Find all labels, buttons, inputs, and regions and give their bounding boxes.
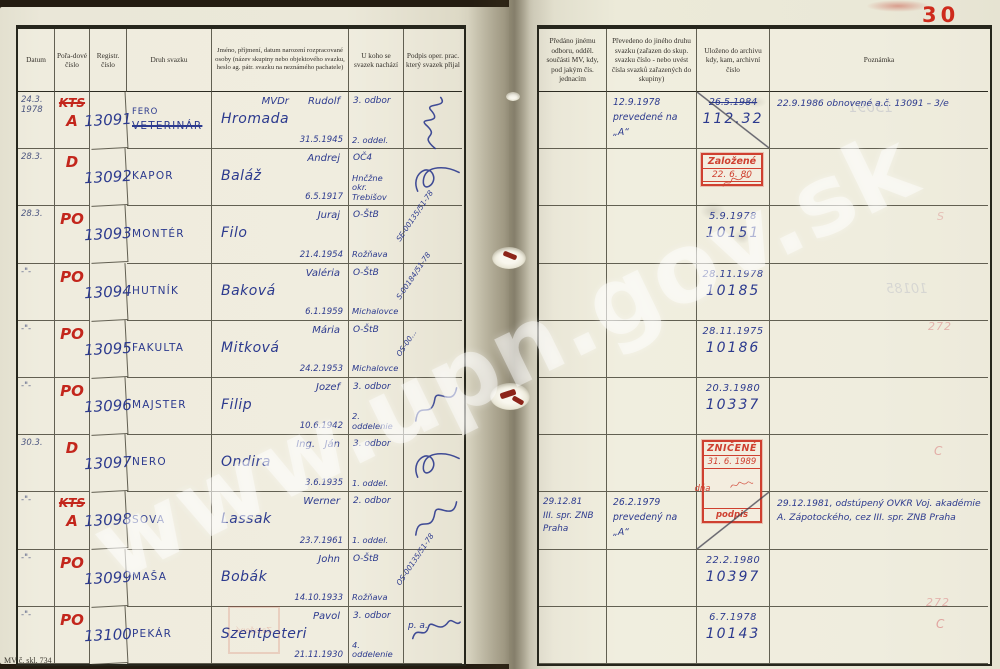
cell-u-koho: OČ4Hnčžne okr. Trebišov [349,149,404,206]
druh-svazku-text: MAŠA [132,570,211,586]
header-prevedeno: Převedeno do jiného druhu svazku (zařaze… [607,29,697,92]
poradove-mark: PO [60,210,84,230]
cell-druh-svazku: KAPOR [127,149,212,206]
cell-ulozeno: 22.2.198010397 [697,550,770,607]
ink-smudge [866,0,930,12]
cell-predano [539,435,607,492]
poradove-mark: A [66,112,78,132]
first-name: Valéria [306,268,340,279]
druh-svazku-text: VETERINÁR [132,119,211,135]
cell-prevedeno [607,206,697,263]
cell-podpis: SE-00135/51-78 [404,206,462,263]
cell-datum: -"- [18,550,55,607]
podpis-note: p. a. [408,621,428,631]
cell-druh-svazku: MAŠA [127,550,212,607]
cell-prevedeno: 26.2.1979 prevedený na „A“ [607,492,697,549]
unit-top: O-ŠtB [353,210,379,220]
surname: Filip [221,397,252,413]
first-name: Werner [303,496,340,507]
cell-datum: -"- [18,378,55,435]
poradove-mark: D [66,439,78,459]
cell-podpis: OS-00… [404,321,462,378]
archive-number: 10397 [697,569,769,585]
birth-date: 23.7.1961 [300,536,343,546]
cell-druh-svazku: MAJSTER [127,378,212,435]
header-u-koho: U koho se svazek nachází [349,29,404,92]
cell-datum: -"- [18,321,55,378]
cell-podpis [404,378,462,435]
cell-prevedeno [607,264,697,321]
poradove-mark: PO [60,382,84,402]
archive-date: 22.2.1980 [697,555,769,566]
cell-ulozeno: 5.9.197810151 [697,206,770,263]
unit-bottom: Rožňava [352,593,388,603]
header-podpis: Podpis oper. prac. který svazek přijal [404,29,462,92]
signature-icon [720,173,753,197]
archive-date: 28.11.1978 [697,269,769,280]
cell-u-koho: 3. odbor2. oddelenie [349,378,404,435]
cell-registr-cislo: 13093 [89,205,129,264]
cell-ulozeno: 26.5.1984112.32 [697,92,770,149]
birth-date: 21.11.1930 [294,650,343,660]
cell-jmeno: JozefFilip10.6.1942 [212,378,349,435]
header-poznamka: Poznámka [770,29,988,92]
archive-date: 28.11.1975 [697,326,769,337]
cell-poznamka [770,435,988,492]
cell-jmeno: WernerLassak23.7.1961 [212,492,349,549]
unit-top: 2. odbor [353,496,391,506]
surname: Ondira [221,454,271,470]
cell-poznamka [770,378,988,435]
cell-prevedeno: 12.9.1978 prevedené na „A“ [607,92,697,149]
unit-bottom: 1. oddel. [352,536,388,546]
header-datum: Datum [18,29,55,92]
header-jmeno: Jméno, příjmení, datum narození rozpraco… [212,29,349,92]
cell-druh-svazku: FAKULTA [127,321,212,378]
archive-number: 112.32 [697,111,769,127]
poradove-mark: PO [60,611,84,631]
surname: Mitková [221,340,280,356]
birth-date: 6.5.1917 [305,192,343,202]
registry-table-left: Datum Pořa-dové číslo Registr. číslo Dru… [16,25,466,666]
surname: Baláž [221,168,262,184]
surname: Szentpeteri [221,626,307,642]
archive-number: 10337 [697,397,769,413]
cell-predano [539,550,607,607]
cell-predano [539,321,607,378]
druh-svazku-text: PEKÁR [132,627,211,643]
first-name: Mária [312,325,340,336]
archive-date: 6.7.1978 [697,612,769,623]
zalozene-stamp: Založené22. 6. 80 [701,153,763,186]
birth-date: 21.4.1954 [300,250,343,260]
unit-top: OČ4 [353,153,372,163]
cell-registr-cislo: 13098 [89,491,129,550]
cell-u-koho: 3. odbor1. oddel. [349,435,404,492]
cell-datum: 30.3. [18,435,55,492]
cell-prevedeno [607,550,697,607]
birth-date: 6.1.1959 [305,307,343,317]
cell-jmeno: MáriaMitková24.2.1953 [212,321,349,378]
archive-date: 5.9.1978 [697,211,769,222]
druh-svazku-text: MAJSTER [132,398,211,414]
cell-podpis: S-00184/51-78 [404,264,462,321]
cell-ulozeno: 20.3.198010337 [697,378,770,435]
cell-poznamka [770,206,988,263]
signature-icon [405,381,471,437]
first-name: Pavol [313,611,340,622]
druh-svazku-text: MONTÉR [132,227,211,243]
poradove-mark: A [66,512,78,532]
surname: Baková [221,283,276,299]
unit-top: 3. odbor [353,439,391,449]
birth-date: 3.6.1935 [305,478,343,488]
archive-number: 10186 [697,340,769,356]
stamp-date: 31. 6. 1989 [704,456,760,469]
cell-poznamka: 29.12.1981, odstúpený OVKR Voj. akadémie… [770,492,988,549]
cell-registr-cislo: 13095 [89,320,129,379]
unit-top: O-ŠtB [353,325,379,335]
first-name: MVDr Rudolf [262,96,340,107]
cell-druh-svazku: FEROVETERINÁR [127,92,212,149]
cell-podpis: OS-00135/51-78 [404,550,462,607]
cell-registr-cislo: 13096 [89,377,129,436]
cell-ulozeno: Založené22. 6. 80 [697,149,770,206]
cell-poznamka [770,264,988,321]
unit-bottom: Michalovce [352,307,398,317]
registry-table-right: Předáno jinému odboru, odděl. součásti M… [537,25,992,666]
poradove-mark: KTS [59,496,85,512]
poradove-mark: PO [60,325,84,345]
cell-datum: -"- [18,492,55,549]
header-registr-cislo: Registr. číslo [90,29,127,92]
binding-hole [506,92,520,101]
cell-ulozeno: 28.11.197810185 [697,264,770,321]
druh-svazku-text: FERO [132,106,211,119]
cell-druh-svazku: NERO [127,435,212,492]
unit-bottom: 4. oddelenie [352,641,403,660]
stamp-signature [703,182,761,184]
archive-number: 10151 [697,225,769,241]
cell-podpis: p. a. [404,607,462,664]
archive-number: 10185 [697,283,769,299]
poradove-mark: PO [60,554,84,574]
cell-poznamka [770,607,988,664]
scanned-registry-photo: Datum Pořa-dové číslo Registr. číslo Dru… [0,0,1000,669]
struck-archive-date: 26.5.1984 [697,97,769,108]
cell-jmeno: Ing. JánOndira3.6.1935 [212,435,349,492]
unit-bottom: 2. oddelenie [352,412,403,431]
druh-svazku-text: FAKULTA [132,341,211,357]
cell-u-koho: 3. odbor4. oddelenie [349,607,404,664]
cell-registr-cislo: 13091 [89,91,129,150]
birth-date: 31.5.1945 [300,135,343,145]
archive-number: 10143 [697,626,769,642]
birth-date: 14.10.1933 [294,593,343,603]
cell-registr-cislo: 13100 [89,606,129,665]
unit-bottom: 2. oddel. [352,136,388,146]
cell-druh-svazku: MONTÉR [127,206,212,263]
cell-u-koho: 2. odbor1. oddel. [349,492,404,549]
cell-predano [539,378,607,435]
header-predano: Předáno jinému odboru, odděl. součásti M… [539,29,607,92]
druh-svazku-text: KAPOR [132,169,211,185]
cell-druh-svazku: HUTNÍK [127,264,212,321]
druh-svazku-text: SOVA [132,513,211,529]
druh-svazku-text: NERO [132,455,211,471]
cell-prevedeno [607,435,697,492]
cell-jmeno: AndrejBaláž6.5.1917 [212,149,349,206]
cell-prevedeno [607,378,697,435]
unit-bottom: Hnčžne okr. Trebišov [352,174,403,203]
cell-prevedeno [607,149,697,206]
cell-jmeno: MVDr RudolfHromada31.5.1945 [212,92,349,149]
cell-predano [539,149,607,206]
signature-icon [409,90,468,157]
signature-icon [407,156,470,205]
first-name: Jozef [316,382,340,393]
cell-predano [539,264,607,321]
form-code: MV č. skl. 734 [4,656,52,665]
poradove-mark: D [66,153,78,173]
unit-top: O-ŠtB [353,268,379,278]
unit-top: 3. odbor [353,96,391,106]
first-name: Andrej [307,153,340,164]
cell-ulozeno: ZNIČENÉ31. 6. 1989dňapodpis [697,435,770,492]
cancellation-line [697,492,769,548]
header-ulozeno: Uloženo do archivu kdy, kam, archivní čí… [697,29,770,92]
cell-druh-svazku: PEKÁR [127,607,212,664]
cell-poznamka: 22.9.1986 obnovené a.č. 13091 – 3/e [770,92,988,149]
cell-datum: 28.3. [18,149,55,206]
cell-registr-cislo: 13092 [89,148,129,207]
cell-poznamka [770,149,988,206]
cell-ulozeno: 6.7.197810143 [697,607,770,664]
cell-predano [539,92,607,149]
header-druh-svazku: Druh svazku [127,29,212,92]
unit-top: 3. odbor [353,611,391,621]
cell-podpis [404,492,462,549]
cell-poznamka [770,321,988,378]
cell-datum: 24.3. 1978 [18,92,55,149]
surname: Filo [221,225,247,241]
cell-podpis [404,92,462,149]
signature-icon [405,495,471,551]
druh-svazku-text: HUTNÍK [132,284,211,300]
cell-u-koho: 3. odbor2. oddel. [349,92,404,149]
cell-predano: 29.12.81 III. spr. ZNB Praha [539,492,607,549]
cell-predano [539,206,607,263]
first-name: Ing. Ján [296,439,340,450]
cell-prevedeno [607,321,697,378]
poradove-mark: KTS [59,96,85,112]
birth-date: 24.2.1953 [300,364,343,374]
surname: Lassak [221,511,272,527]
cell-registr-cislo: 13094 [89,263,129,322]
cell-poznamka [770,550,988,607]
stamp-title: Založené [703,155,761,169]
signature-icon [407,442,470,491]
cell-jmeno: JohnBobák14.10.1933 [212,550,349,607]
stamp-title: ZNIČENÉ [704,442,760,456]
cell-datum: -"- [18,264,55,321]
cell-datum: 28.3. [18,206,55,263]
surname: Bobák [221,569,267,585]
unit-top: 3. odbor [353,382,391,392]
page-number: 30 [922,3,959,27]
cell-jmeno: JurajFilo21.4.1954 [212,206,349,263]
birth-date: 10.6.1942 [300,421,343,431]
archive-date: 20.3.1980 [697,383,769,394]
unit-top: O-ŠtB [353,554,379,564]
cell-ulozeno: 28.11.197510186 [697,321,770,378]
unit-bottom: Michalovce [352,364,398,374]
cell-prevedeno [607,607,697,664]
poradove-mark: PO [60,268,84,288]
cell-podpis [404,149,462,206]
cell-jmeno: ValériaBaková6.1.1959 [212,264,349,321]
cell-registr-cislo: 13099 [89,549,129,608]
cell-ulozeno [697,492,770,549]
first-name: Juraj [318,210,340,221]
first-name: John [318,554,340,565]
header-poradove-cislo: Pořa-dové číslo [55,29,90,92]
cell-jmeno: PavolSzentpeteri21.11.1930 [212,607,349,664]
unit-bottom: Rožňava [352,250,388,260]
cell-podpis [404,435,462,492]
unit-bottom: 1. oddel. [352,479,388,489]
cell-predano [539,607,607,664]
cell-registr-cislo: 13097 [89,434,129,493]
surname: Hromada [221,111,289,127]
cell-druh-svazku: SOVA [127,492,212,549]
